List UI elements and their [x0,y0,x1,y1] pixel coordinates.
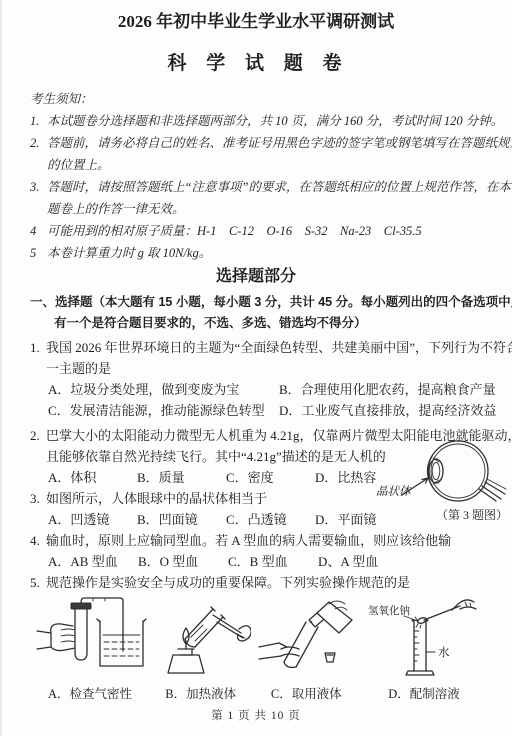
question-4-options: A．AB 型血B．O 型血C．B 型血D、A 型血 [30,551,494,572]
notice-item-text: 可能用到的相对原子质量：H-1 C-12 O-16 S-32 Na-23 Cl-… [47,224,422,238]
water-label: 水 [438,645,450,659]
solution-preparation-illustration: 水 氢氧化钠 [362,595,486,681]
section-intro-line1: 一、选择题（本大题有 15 小题，每小题 3 分，共计 45 分。每小题列出的四… [30,292,488,313]
eye-diagram-figure: 晶状体 （第 3 题图） [372,437,510,523]
notice-item-number: 2. [30,132,47,154]
pouring-liquid-illustration [251,595,361,681]
question-text: 我国 2026 年世界环境日的主题为“全面绿色转型、共建美丽中国”，下列行为不符… [46,340,512,355]
option-a: A．凹透镜 [48,509,137,530]
figure-c: C．取用液体 [251,595,361,702]
option-b: B．凹面镜 [137,509,226,530]
notice-item-1: 1.本试题卷分选择题和非选择题两部分，共 10 页，满分 160 分，考试时间 … [30,110,486,132]
question-text: 如图所示，人体眼球中的晶状体相当于 [46,491,267,506]
notice-item-number: 3. [30,176,47,198]
notice-item-text: 本卷计算重力时 g 取 10N/kg。 [47,246,211,260]
question-text: 规范操作是实验安全与成功的重要保障。下列实验操作规范的是 [46,575,410,590]
notice-item-number: 1. [30,110,47,132]
notice-item-3: 3.答题时，请按照答题纸上“注意事项”的要求，在答题纸相应的位置上规范作答，在本… [30,176,486,198]
question-4: 4.输血时，原则上应输同型血。若 A 型血的病人需要输血，则应该给他输 A．AB… [30,530,494,572]
option-d: D．工业废气直接排放，提高经济效益 [279,403,496,418]
option-c: C．凸透镜 [226,509,315,530]
option-d: D．比热容 [315,470,376,485]
option-a: A．体积 [48,467,137,488]
question-number: 4. [30,530,46,551]
question-5-figures: A．检查气密性 B．加热液体 [30,595,486,702]
notice-item-3-cont: 题卷上的作答一律无效。 [30,198,486,220]
notice-item-4: 4可能用到的相对原子质量：H-1 C-12 O-16 S-32 Na-23 Cl… [30,220,486,242]
section-intro-line2: 有一个是符合题目要求的，不选、多选、错选均不得分） [30,313,488,334]
examinee-notice: 考生须知： 1.本试题卷分选择题和非选择题两部分，共 10 页，满分 160 分… [30,88,486,264]
figure-a-label: A．检查气密性 [30,684,150,702]
figure-a: A．检查气密性 [30,595,150,702]
heating-liquid-illustration [151,595,251,681]
airtightness-check-illustration [31,595,149,681]
question-5: 5.规范操作是实验安全与成功的重要保障。下列实验操作规范的是 [30,572,494,593]
option-d: D、A 型血 [318,554,378,569]
option-c: C．密度 [226,467,315,488]
option-b: B．质量 [137,467,226,488]
notice-item-2-cont: 的位置上。 [30,154,486,176]
page-footer: 第 1 页 共 10 页 [0,707,512,723]
notice-item-text: 答题前，请务必将自己的姓名、准考证号用黑色字迹的签字笔或钢笔填写在答题纸规定 [47,136,512,150]
option-a: A．AB 型血 [48,551,138,572]
figure-b: B．加热液体 [151,595,251,702]
option-b: B．合理使用化肥农药，提高粮食产量 [279,382,496,397]
figure-b-label: B．加热液体 [151,684,251,702]
page-title: 2026 年初中毕业生学业水平调研测试 [0,0,512,32]
option-c: C．发展清洁能源，推动能源绿色转型 [48,400,279,421]
scan-edge-artifact [0,0,2,736]
notice-item-number: 4 [30,220,47,242]
question-number: 3. [30,488,46,509]
figure-d: 水 氢氧化钠 D．配制溶液 [362,595,486,702]
figure-c-label: C．取用液体 [251,684,361,702]
notice-item-5: 5本卷计算重力时 g 取 10N/kg。 [30,242,486,264]
option-b: B．O 型血 [138,551,228,572]
figure-caption: （第 3 题图） [372,506,510,523]
question-number: 5. [30,572,46,593]
exam-paper-page: 2026 年初中毕业生学业水平调研测试 科 学 试 题 卷 考生须知： 1.本试… [0,0,512,736]
lens-label: 晶状体 [376,483,411,499]
option-d: D．平面镜 [315,512,376,527]
question-text-cont: 一主题的是 [30,358,494,379]
option-c: C．B 型血 [228,551,318,572]
notice-heading: 考生须知： [30,88,486,110]
notice-item-text: 本试题卷分选择题和非选择题两部分，共 10 页，满分 160 分，考试时间 12… [47,114,503,128]
question-1: 1.我国 2026 年世界环境日的主题为“全面绿色转型、共建美丽中国”，下列行为… [30,337,494,421]
notice-item-2: 2.答题前，请务必将自己的姓名、准考证号用黑色字迹的签字笔或钢笔填写在答题纸规定 [30,132,486,154]
question-1-options-row1: A．垃圾分类处理，做到变废为宝B．合理使用化肥农药，提高粮食产量 [30,379,494,400]
chemical-label: 氢氧化钠 [368,604,410,617]
notice-item-text: 答题时，请按照答题纸上“注意事项”的要求，在答题纸相应的位置上规范作答，在本试 [47,180,512,194]
question-text: 输血时，原则上应输同型血。若 A 型血的病人需要输血，则应该给他输 [46,533,451,548]
question-number: 2. [30,425,46,446]
figure-d-label: D．配制溶液 [362,684,486,702]
notice-item-number: 5 [30,242,47,264]
question-number: 1. [30,337,46,358]
section-intro: 一、选择题（本大题有 15 小题，每小题 3 分，共计 45 分。每小题列出的四… [30,292,488,334]
exam-subtitle: 科 学 试 题 卷 [0,53,512,75]
section-title: 选择题部分 [0,266,512,288]
option-a: A．垃圾分类处理，做到变废为宝 [48,379,279,400]
question-1-options-row2: C．发展清洁能源，推动能源绿色转型D．工业废气直接排放，提高经济效益 [30,400,494,421]
